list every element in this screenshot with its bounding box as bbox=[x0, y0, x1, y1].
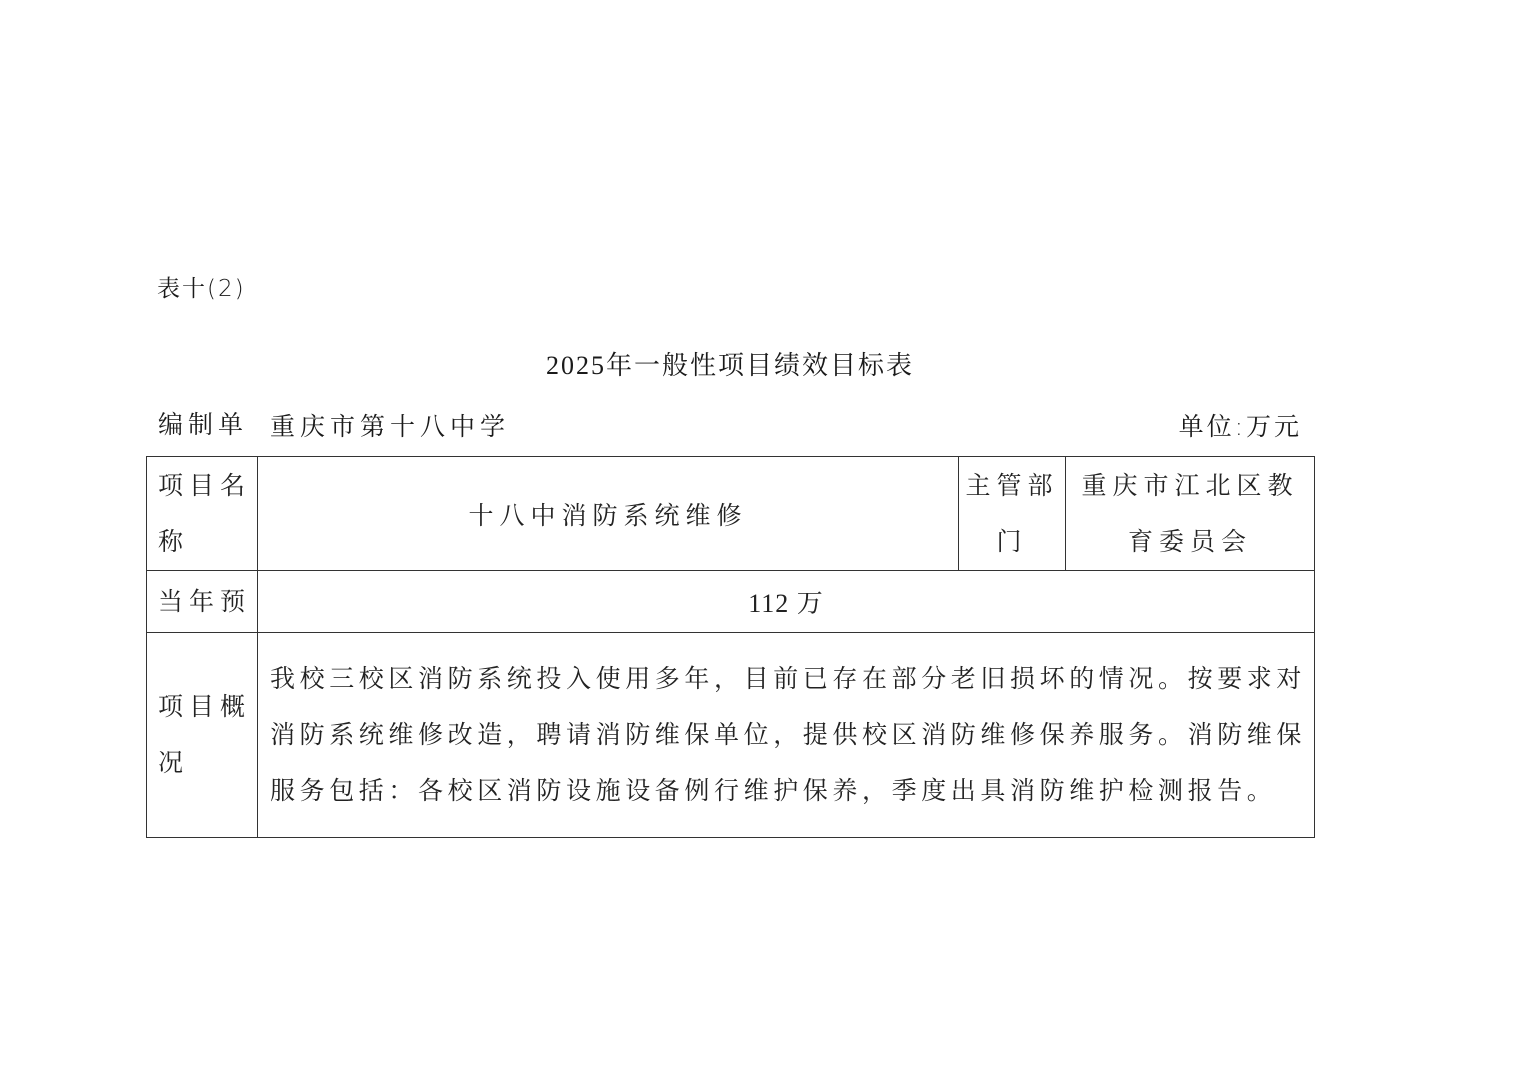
overview-text: 我校三校区消防系统投入使用多年，目前已存在部分老旧损坏的情况。按要求对消防系统维… bbox=[258, 633, 1315, 838]
table-row-project-name: 项目名 称 十八中消防系统维修 主管部 门 重庆市江北区教 育委员会 bbox=[147, 457, 1315, 571]
budget-value: 112 万 bbox=[258, 571, 1315, 633]
department-value-cell: 重庆市江北区教 育委员会 bbox=[1066, 457, 1315, 571]
overview-label-cell: 项目概 况 bbox=[147, 633, 258, 838]
document-title: 2025年一般性项目绩效目标表 bbox=[0, 345, 1460, 382]
department-label-line1: 主管部 bbox=[959, 458, 1065, 514]
performance-target-table: 项目名 称 十八中消防系统维修 主管部 门 重庆市江北区教 育委员会 当年预 1… bbox=[146, 456, 1315, 838]
table-row-budget: 当年预 112 万 bbox=[147, 571, 1315, 633]
table-number-label: 表十(2) bbox=[157, 270, 246, 303]
overview-label-line2: 况 bbox=[158, 735, 257, 791]
compiler-value: 重庆市第十八中学 bbox=[270, 407, 510, 443]
project-name-label-line2: 称 bbox=[158, 514, 257, 570]
project-name-label-line1: 项目名 bbox=[158, 458, 257, 514]
budget-label: 当年预 bbox=[147, 571, 258, 633]
compiler-label: 编制单 bbox=[158, 405, 248, 441]
department-value-line2: 育委员会 bbox=[1066, 514, 1314, 570]
unit-label: 单位:万元 bbox=[1179, 407, 1302, 443]
table-row-overview: 项目概 况 我校三校区消防系统投入使用多年，目前已存在部分老旧损坏的情况。按要求… bbox=[147, 633, 1315, 838]
department-label-line2: 门 bbox=[959, 514, 1065, 570]
department-label-cell: 主管部 门 bbox=[959, 457, 1066, 571]
overview-label-line1: 项目概 bbox=[158, 679, 257, 735]
project-name-label-cell: 项目名 称 bbox=[147, 457, 258, 571]
project-name-value: 十八中消防系统维修 bbox=[258, 457, 959, 571]
department-value-line1: 重庆市江北区教 bbox=[1066, 458, 1314, 514]
